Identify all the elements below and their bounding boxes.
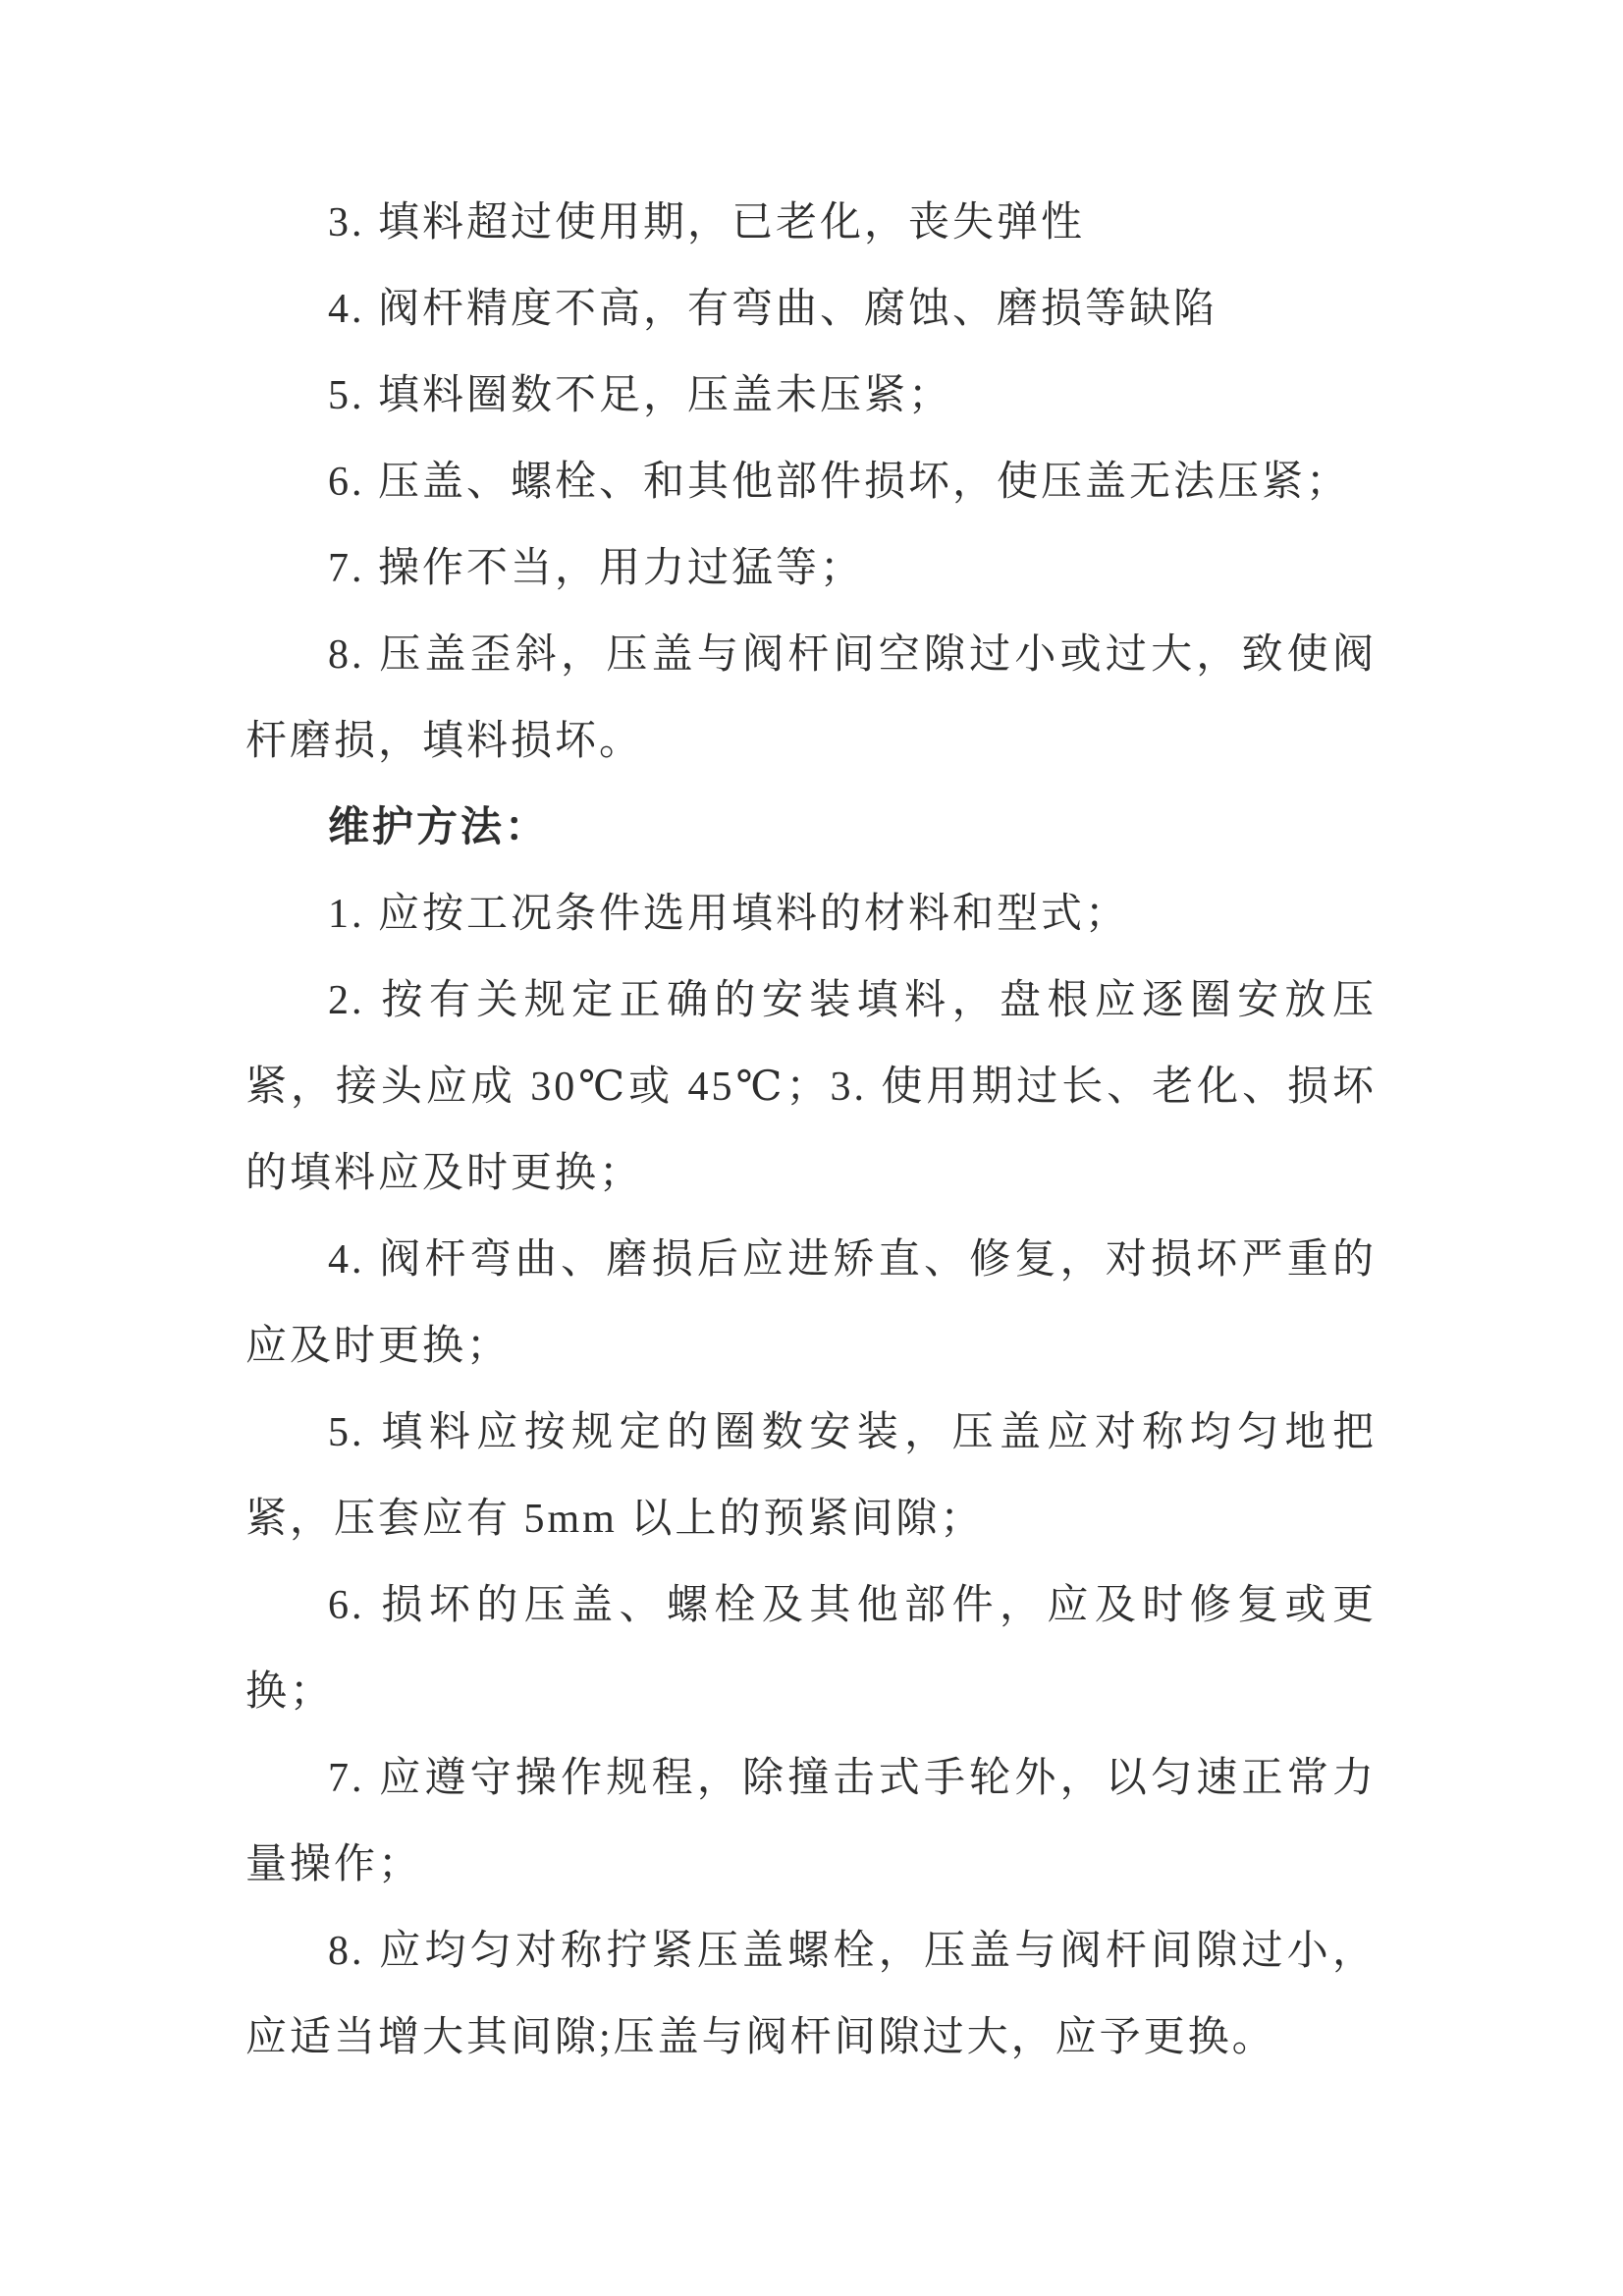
document-body: 3. 填料超过使用期，已老化，丧失弹性 4. 阀杆精度不高，有弯曲、腐蚀、磨损等… — [245, 180, 1377, 2081]
paragraph: 2. 按有关规定正确的安装填料，盘根应逐圈安放压紧，接头应成 30℃或 45℃；… — [245, 957, 1377, 1217]
paragraph: 8. 压盖歪斜，压盖与阀杆间空隙过小或过大，致使阀杆磨损，填料损坏。 — [245, 612, 1377, 785]
paragraph: 5. 填料应按规定的圈数安装，压盖应对称均匀地把紧，压套应有 5mm 以上的预紧… — [245, 1390, 1377, 1562]
paragraph: 5. 填料圈数不足，压盖未压紧； — [245, 353, 1377, 439]
paragraph: 6. 损坏的压盖、螺栓及其他部件，应及时修复或更换； — [245, 1562, 1377, 1735]
paragraph: 1. 应按工况条件选用填料的材料和型式； — [245, 871, 1377, 957]
paragraph: 4. 阀杆精度不高，有弯曲、腐蚀、磨损等缺陷 — [245, 266, 1377, 353]
paragraph: 6. 压盖、螺栓、和其他部件损坏，使压盖无法压紧； — [245, 439, 1377, 525]
paragraph: 7. 操作不当，用力过猛等； — [245, 525, 1377, 612]
document-page: 3. 填料超过使用期，已老化，丧失弹性 4. 阀杆精度不高，有弯曲、腐蚀、磨损等… — [0, 0, 1623, 2296]
section-heading: 维护方法： — [245, 785, 1377, 871]
paragraph: 3. 填料超过使用期，已老化，丧失弹性 — [245, 180, 1377, 266]
paragraph: 4. 阀杆弯曲、磨损后应进矫直、修复，对损坏严重的应及时更换； — [245, 1217, 1377, 1390]
paragraph: 8. 应均匀对称拧紧压盖螺栓，压盖与阀杆间隙过小，应适当增大其间隙;压盖与阀杆间… — [245, 1908, 1377, 2081]
paragraph: 7. 应遵守操作规程，除撞击式手轮外，以匀速正常力量操作； — [245, 1735, 1377, 1908]
